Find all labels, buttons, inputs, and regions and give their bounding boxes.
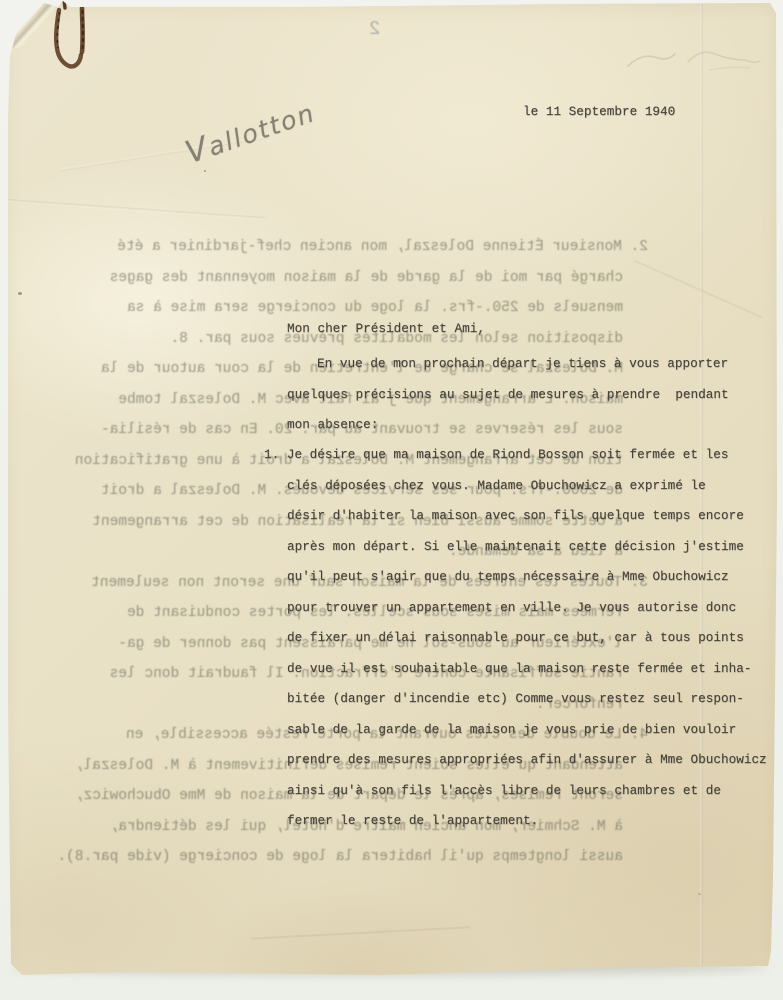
bleedthrough-line: 2. Monsieur Étienne Doleszal, mon ancien… xyxy=(56,232,648,263)
body-line: après mon départ. Si elle maintenait cet… xyxy=(287,532,767,563)
faint-pencil-marks-icon xyxy=(610,36,775,81)
body-line: clés déposées chez vous. Madame Obuchowi… xyxy=(287,471,767,502)
body-line: prendre des mesures appropriées afin d'a… xyxy=(287,745,767,776)
body-line: 1. Je désire que ma maison de Riond Boss… xyxy=(264,440,767,471)
body-line: En vue de mon prochain départ je tiens à… xyxy=(287,349,729,380)
bottom-crease xyxy=(250,926,470,940)
paragraph-1: 1. Je désire que ma maison de Riond Boss… xyxy=(287,440,767,837)
bleedthrough-line: chargé par moi de la garde de la maison … xyxy=(56,263,648,294)
body-line: pour trouver un appartement en ville. Je… xyxy=(287,593,767,624)
diagonal-crease xyxy=(634,260,763,319)
horizontal-crease xyxy=(6,199,266,220)
body-line: de fixer un délai raisonnable pour ce bu… xyxy=(287,623,767,654)
body-line: désir d'habiter la maison avec son fils … xyxy=(287,501,767,532)
pencil-annotation: Vallotton xyxy=(181,66,405,185)
body-line: sable de la garde de la maison je vous p… xyxy=(287,715,767,746)
body-line: qu'il peut s'agir que du temps nécessair… xyxy=(287,562,767,593)
rust-speck xyxy=(18,292,22,295)
bleedthrough-line: aussi longtemps qu'il habitera la loge d… xyxy=(56,842,648,873)
paper-speck xyxy=(698,893,701,895)
body-line: quelques précisions au sujet de mesures … xyxy=(287,380,729,411)
body-line: de vue il est souhaitable que la maison … xyxy=(287,654,767,685)
date-line: le 11 Septembre 1940 xyxy=(523,102,675,122)
intro-paragraph: En vue de mon prochain départ je tiens à… xyxy=(287,349,729,441)
scanned-letter-view: { "document": { "page_ghost_number": "2"… xyxy=(0,0,783,1000)
salutation: Mon cher Président et Ami, xyxy=(287,314,485,345)
letter-page: 2 2. Monsieur Étienne Doleszal, mon anci… xyxy=(0,0,783,1000)
pencil-speck xyxy=(204,170,206,172)
paperclip-rust-stain-icon xyxy=(40,0,110,80)
body-line: mon absence: xyxy=(287,410,729,441)
body-line: ainsi qu'à son fils l'accès libre de leu… xyxy=(287,776,767,807)
body-line: fermer le reste de l'appartement. xyxy=(287,806,767,837)
bleedthrough-page-number: 2 xyxy=(369,18,380,40)
body-line: bitée (danger d'incendie etc) Comme vous… xyxy=(287,684,767,715)
